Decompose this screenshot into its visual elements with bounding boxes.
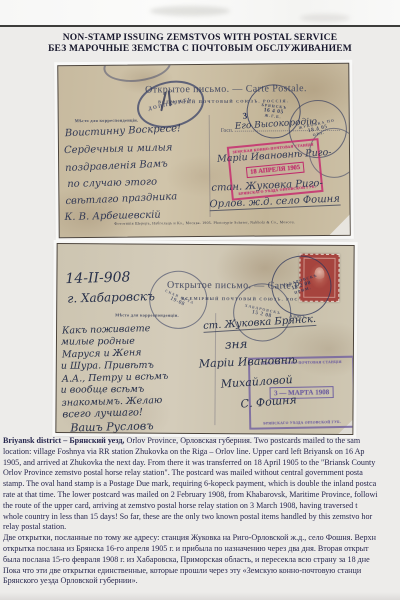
caption-line: открытка послана из Брянска 16-го апреля… xyxy=(3,544,400,555)
caption-line: была послана 15-го февраля 1908 г. из Ха… xyxy=(3,555,400,566)
caption-line: Briyansk district – Брянский уезд, Orlov… xyxy=(3,436,400,447)
caption-line: 1905, and arrived at Zhukovka the next d… xyxy=(3,458,400,469)
handwriting-date: 14-II-908 xyxy=(65,269,130,287)
handwriting-signature: Вашъ Русловъ xyxy=(70,419,154,434)
handwriting-line: и вообще всѣмъ xyxy=(61,384,145,396)
gosp-label: Госп. xyxy=(221,128,233,134)
caption-line: Брянского уезда Орловской губернии». xyxy=(3,576,400,587)
datestamp-date: 18 АПРЕЛЯ 1905 xyxy=(246,161,305,178)
caption-line: Две открытки, посланные по тому же адрес… xyxy=(3,533,400,544)
handwriting-line: Какъ поживаете xyxy=(62,323,151,336)
handwriting-line: всего лучшаго! xyxy=(62,407,143,420)
page-top-edge xyxy=(0,25,400,27)
postcard-lower: 14-II-908 г. Хабаровскъ Открытое письмо.… xyxy=(55,243,354,435)
handwriting-address: Орлов. ж.д. село Фошня xyxy=(209,194,340,212)
caption-lead-bold: Briyansk district – Брянский уезд, xyxy=(3,436,124,445)
handwriting-line: Воистинну Воскресе! xyxy=(65,123,182,139)
caption-line: whole country in less than 15 days! So f… xyxy=(3,512,400,523)
handwriting-line: Сердечныя и милыя xyxy=(64,142,173,156)
handwriting-line: поздравленія Вамъ xyxy=(65,159,168,174)
scan-smudge xyxy=(150,6,230,16)
handwriting-line: свѣтлаго праздника xyxy=(65,191,177,207)
handwriting-place: г. Хабаровскъ xyxy=(67,289,155,305)
page-bottom-shadow xyxy=(0,592,400,600)
handwriting-line: по случаю этого xyxy=(67,177,157,190)
caption-line: stamp. The oval hand stamp is a Postage … xyxy=(3,479,400,490)
handwriting-line: Маруся и Женя xyxy=(62,347,142,360)
page-title-en: NON-STAMP ISSUING ZEMSTVOS WITH POSTAL S… xyxy=(0,33,400,43)
postcard-upper: Открытое письмо. — Carte Postale. ВСЕМІР… xyxy=(57,63,350,239)
datestamp-bottom-line: БРЯНСКАГО УѢЗДА ОРЛОВСКОЙ ГУБ. xyxy=(263,420,341,425)
exhibit-caption: Briyansk district – Брянский уезд, Orlov… xyxy=(3,436,400,587)
caption-line: rate at that time. The lower postcard wa… xyxy=(3,490,400,501)
caption-line: Orlov Province zemstvo postal horse rela… xyxy=(3,468,400,479)
handstamp-3: 3 xyxy=(242,110,248,121)
caption-lead-rest: Orlov Province, Орловская губерния. Two … xyxy=(124,436,360,445)
sleeve-corner xyxy=(329,214,351,236)
handwriting-line: знакомымъ. Желаю xyxy=(61,395,162,409)
postcard1-correspondence-label: Мѣсто для корреспонденціи. xyxy=(75,118,139,124)
handwriting-address: зня xyxy=(225,337,248,352)
caption-line: Пока что эти две открытки единственные, … xyxy=(3,566,400,577)
caption-line: location: village Foshnya via RR station… xyxy=(3,447,400,458)
scan-smudge xyxy=(300,14,350,22)
album-page: NON-STAMP ISSUING ZEMSTVOS WITH POSTAL S… xyxy=(0,0,400,600)
handwriting-line: А.А., Петру и всѣмъ xyxy=(62,371,169,385)
handwriting-line: и Шура. Привѣтъ xyxy=(61,360,154,372)
caption-line: the route of the upper card, arriving at… xyxy=(3,501,400,512)
caption-line: relay postal station. xyxy=(3,522,400,533)
handwriting-line: милые родные xyxy=(61,336,135,348)
page-title-ru: БЕЗ МАРОЧНЫЕ ЗЕМСТВА С ПОЧТОВЫМ ОБСЛУЖИВ… xyxy=(0,44,400,54)
